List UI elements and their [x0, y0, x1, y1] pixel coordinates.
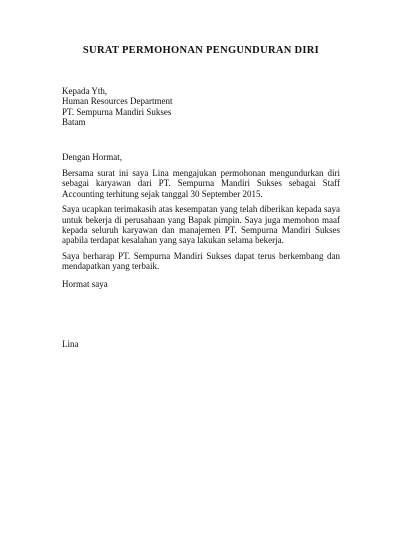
letter-paragraph-1: Bersama surat ini saya Lina mengajukan p…	[62, 168, 340, 199]
letter-closing: Hormat saya	[62, 279, 340, 289]
letter-greeting: Dengan Hormat,	[62, 152, 340, 162]
letter-page: SURAT PERMOHONAN PENGUNDURAN DIRI Kepada…	[0, 0, 400, 550]
letter-title: SURAT PERMOHONAN PENGUNDURAN DIRI	[62, 45, 340, 56]
letter-paragraph-2: Saya ucapkan terimakasih atas kesempatan…	[62, 204, 340, 246]
recipient-department: Human Resources Department	[62, 96, 340, 106]
signature-name: Lina	[62, 339, 340, 349]
recipient-salutation: Kepada Yth,	[62, 86, 340, 96]
letter-paragraph-3: Saya berharap PT. Sempurna Mandiri Sukse…	[62, 251, 340, 272]
recipient-city: Batam	[62, 117, 340, 127]
recipient-block: Kepada Yth, Human Resources Department P…	[62, 86, 340, 128]
recipient-company: PT. Sempurna Mandiri Sukses	[62, 107, 340, 117]
